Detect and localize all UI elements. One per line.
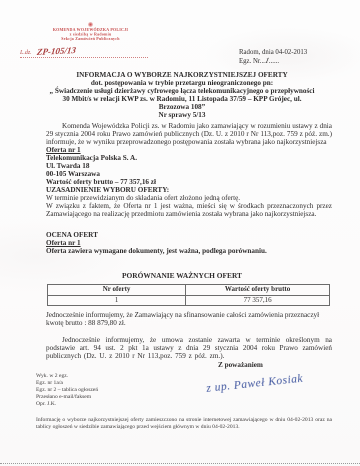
distribution-line-3: Egz. nr 2 – tablica ogłoszeń	[36, 387, 334, 394]
police-emblem-icon	[88, 22, 93, 27]
stamp-text: KOMENDA WOJEWÓDZKA POLICJI z siedzibą w …	[31, 28, 151, 41]
cell-gross-value: 77 357,16	[186, 295, 330, 306]
title-line-1: INFORMACJA O WYBORZE NAJKORZYSTNIEJSZEJ …	[30, 71, 334, 79]
signature-area: Wyk. w 2 egz. Egz. nr 1a/a Egz. nr 2 – t…	[30, 373, 334, 413]
stamp-line-3: Sekcja Zamówień Publicznych	[31, 37, 151, 41]
reference-number-line: L.dz. ZP-105/13	[20, 46, 148, 58]
evaluation-text: Oferta zawiera wymagane dokumenty, jest …	[46, 247, 332, 255]
cell-offer-number: 1	[48, 295, 186, 306]
evaluation-heading: OCENA OFERT	[46, 231, 332, 239]
case-number: Nr sprawy 5/13	[30, 111, 334, 119]
scanned-document-page: KOMENDA WOJEWÓDZKA POLICJI z siedzibą w …	[0, 0, 360, 466]
spacer	[30, 255, 334, 269]
copy-number-suffix: ......	[269, 58, 279, 65]
offer-number-heading: Oferta nr 1	[46, 146, 332, 154]
copy-number-line: Egz. Nr...1......	[239, 57, 307, 66]
table-header-row: Nr oferty Wartość oferty brutto	[48, 285, 330, 296]
title-line-3: „ Świadczenie usługi dzierżawy cyfrowego…	[30, 87, 334, 95]
salutation: Z poważaniem	[218, 361, 334, 369]
table-row: 1 77 357,16	[48, 295, 330, 306]
contract-paragraph: Jednocześnie informujemy, że umowa zosta…	[46, 336, 332, 360]
comparison-heading: PORÓWNANIE WAŻNYCH OFERT	[30, 271, 334, 280]
comparison-table: Nr oferty Wartość oferty brutto 1 77 357…	[47, 284, 330, 306]
title-line-4: 30 Mbit/s w relacji KWP zs. w Radomiu, 1…	[30, 95, 334, 103]
reference-label: L.dz.	[20, 50, 32, 56]
reference-number-handwritten: ZP-105/13	[37, 45, 77, 57]
document-body: INFORMACJA O WYBORZE NAJKORZYSTNIEJSZEJ …	[30, 71, 334, 431]
spacer	[30, 218, 334, 231]
offer-gross-value: Wartość oferty brutto – 77 357,16 zł	[46, 178, 332, 186]
copy-number-prefix: Egz. Nr...	[239, 58, 265, 65]
scan-edge-line	[0, 463, 360, 464]
column-header-offer-number: Nr oferty	[48, 285, 186, 296]
evaluation-offer-heading: Oferta nr 1	[46, 239, 332, 247]
justification-line-1: W terminie przewidzianym do składania of…	[46, 194, 332, 202]
company-name: Telekomunikacja Polska S. A.	[46, 154, 332, 162]
office-stamp: KOMENDA WOJEWÓDZKA POLICJI z siedzibą w …	[30, 22, 150, 50]
title-line-2: dot. postępowania w trybie przetargu nie…	[30, 79, 334, 87]
address-street: Ul. Twarda 18	[46, 162, 332, 170]
intro-paragraph: Komenda Wojewódzka Policji zs. w Radomiu…	[46, 122, 332, 146]
column-header-gross-value: Wartość oferty brutto	[186, 285, 330, 296]
distribution-line-5: Opr. J.K.	[36, 401, 334, 408]
title-line-5: Brzozowa 108”	[30, 103, 334, 111]
distribution-line-4: Przesłano e-mail/faksem	[36, 394, 334, 401]
justification-heading: UZASADNIENIE WYBORU OFERTY:	[46, 186, 332, 194]
funding-paragraph: Jednocześnie informujemy, że Zamawiający…	[46, 311, 332, 327]
address-city: 00-105 Warszawa	[46, 170, 332, 178]
publication-footnote: Informację o wyborze najkorzystniejszej …	[36, 417, 332, 431]
document-title: INFORMACJA O WYBORZE NAJKORZYSTNIEJSZEJ …	[30, 71, 334, 119]
place-date: Radom, dnia 04-02-2013	[239, 49, 307, 57]
justification-line-2: W związku z faktem, że Oferta nr 1 jest …	[46, 202, 332, 218]
date-block: Radom, dnia 04-02-2013 Egz. Nr...1......	[239, 49, 307, 66]
